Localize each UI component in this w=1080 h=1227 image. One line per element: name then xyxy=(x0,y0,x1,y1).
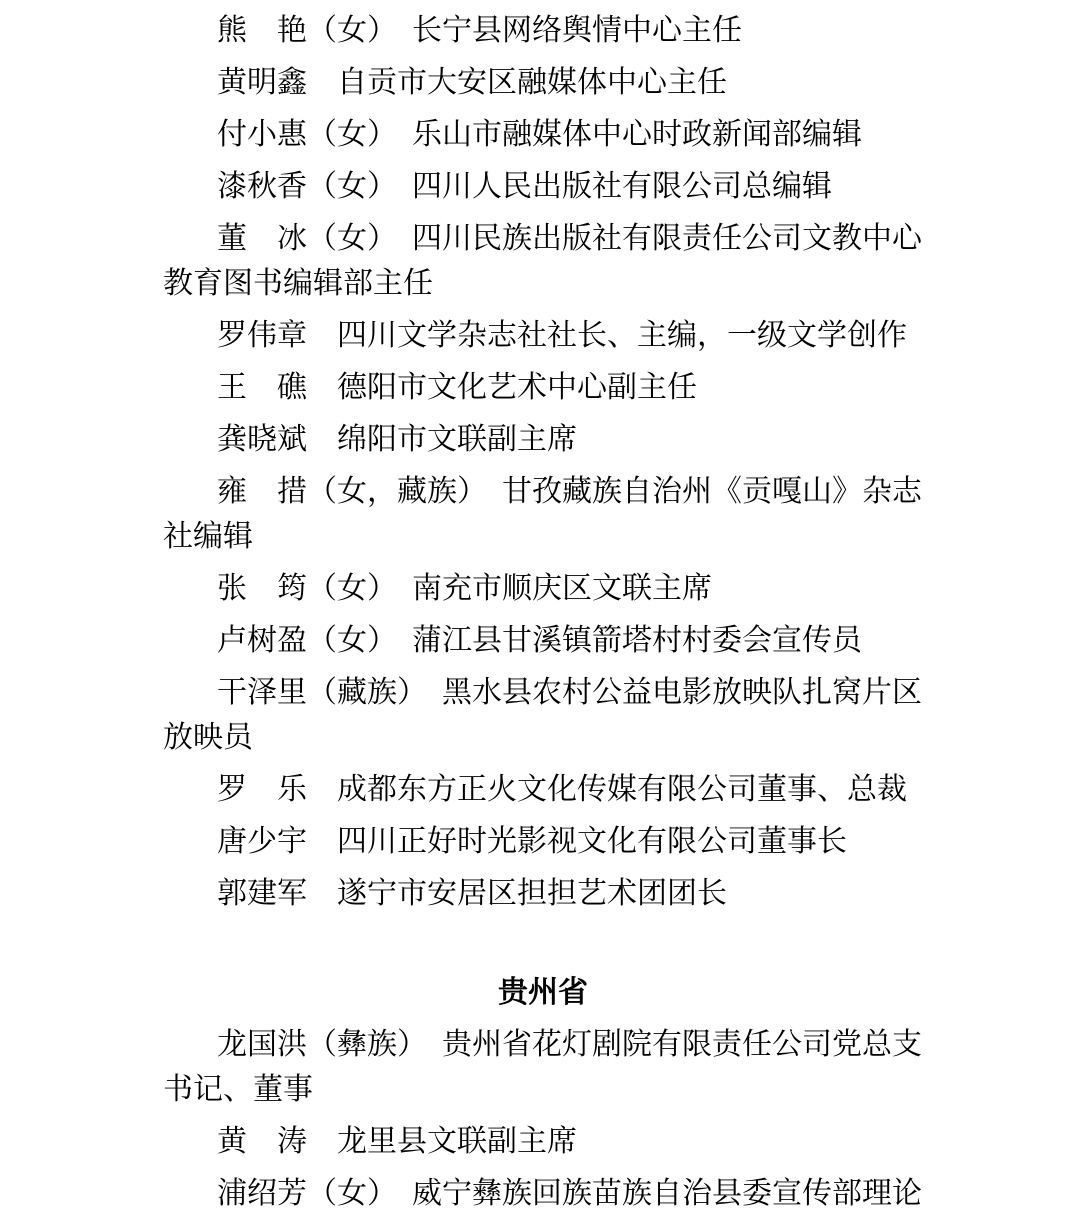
award-entry: 付小惠（女） 乐山市融媒体中心时政新闻部编辑 xyxy=(163,112,923,157)
entry-line: 郭建军 遂宁市安居区担担艺术团团长 xyxy=(163,871,923,916)
entry-line: 董 冰（女） 四川民族出版社有限责任公司文教中心 xyxy=(163,216,923,261)
entry-line: 龙国洪（彝族） 贵州省花灯剧院有限责任公司党总支 xyxy=(163,1022,923,1067)
entry-line: 唐少宇 四川正好时光影视文化有限公司董事长 xyxy=(163,819,923,864)
province-section: 熊 艳（女） 长宁县网络舆情中心主任黄明鑫 自贡市大安区融媒体中心主任付小惠（女… xyxy=(163,8,923,916)
entry-line: 漆秋香（女） 四川人民出版社有限公司总编辑 xyxy=(163,164,923,209)
entry-line: 放映员 xyxy=(163,715,923,760)
entry-line: 熊 艳（女） 长宁县网络舆情中心主任 xyxy=(163,8,923,53)
award-entry: 熊 艳（女） 长宁县网络舆情中心主任 xyxy=(163,8,923,53)
award-entry: 黄 涛 龙里县文联副主席 xyxy=(163,1119,923,1164)
province-header: 贵州省 xyxy=(163,970,923,1015)
award-entry: 雍 措（女，藏族） 甘孜藏族自治州《贡嘎山》杂志社编辑 xyxy=(163,469,923,559)
award-entry: 罗 乐 成都东方正火文化传媒有限公司董事、总裁 xyxy=(163,767,923,812)
award-entry: 唐少宇 四川正好时光影视文化有限公司董事长 xyxy=(163,819,923,864)
award-entry: 郭建军 遂宁市安居区担担艺术团团长 xyxy=(163,871,923,916)
entry-line: 浦绍芳（女） 威宁彝族回族苗族自治县委宣传部理论 xyxy=(163,1171,923,1216)
award-entry: 干泽里（藏族） 黑水县农村公益电影放映队扎窝片区放映员 xyxy=(163,670,923,760)
entry-line: 书记、董事 xyxy=(163,1067,923,1112)
entry-line: 罗 乐 成都东方正火文化传媒有限公司董事、总裁 xyxy=(163,767,923,812)
award-entry: 卢树盈（女） 蒲江县甘溪镇箭塔村村委会宣传员 xyxy=(163,618,923,663)
award-entry: 龙国洪（彝族） 贵州省花灯剧院有限责任公司党总支书记、董事 xyxy=(163,1022,923,1112)
entry-line: 教育图书编辑部主任 xyxy=(163,261,923,306)
entry-line: 张 筠（女） 南充市顺庆区文联主席 xyxy=(163,566,923,611)
document-page: 熊 艳（女） 长宁县网络舆情中心主任黄明鑫 自贡市大安区融媒体中心主任付小惠（女… xyxy=(0,0,1080,1216)
entry-line: 干泽里（藏族） 黑水县农村公益电影放映队扎窝片区 xyxy=(163,670,923,715)
entry-line: 龚晓斌 绵阳市文联副主席 xyxy=(163,417,923,462)
award-entry: 王 礁 德阳市文化艺术中心副主任 xyxy=(163,365,923,410)
award-entry: 黄明鑫 自贡市大安区融媒体中心主任 xyxy=(163,60,923,105)
award-entry: 龚晓斌 绵阳市文联副主席 xyxy=(163,417,923,462)
award-entry: 张 筠（女） 南充市顺庆区文联主席 xyxy=(163,566,923,611)
entry-line: 罗伟章 四川文学杂志社社长、主编，一级文学创作 xyxy=(163,313,923,358)
award-entry: 漆秋香（女） 四川人民出版社有限公司总编辑 xyxy=(163,164,923,209)
entry-line: 卢树盈（女） 蒲江县甘溪镇箭塔村村委会宣传员 xyxy=(163,618,923,663)
award-entry: 浦绍芳（女） 威宁彝族回族苗族自治县委宣传部理论 xyxy=(163,1171,923,1216)
entry-line: 雍 措（女，藏族） 甘孜藏族自治州《贡嘎山》杂志 xyxy=(163,469,923,514)
entry-line: 黄 涛 龙里县文联副主席 xyxy=(163,1119,923,1164)
entry-line: 黄明鑫 自贡市大安区融媒体中心主任 xyxy=(163,60,923,105)
entry-line: 社编辑 xyxy=(163,514,923,559)
award-entry: 董 冰（女） 四川民族出版社有限责任公司文教中心教育图书编辑部主任 xyxy=(163,216,923,306)
province-section: 贵州省 龙国洪（彝族） 贵州省花灯剧院有限责任公司党总支书记、董事黄 涛 龙里县… xyxy=(163,970,923,1216)
award-entry: 罗伟章 四川文学杂志社社长、主编，一级文学创作 xyxy=(163,313,923,358)
entry-line: 付小惠（女） 乐山市融媒体中心时政新闻部编辑 xyxy=(163,112,923,157)
entry-line: 王 礁 德阳市文化艺术中心副主任 xyxy=(163,365,923,410)
